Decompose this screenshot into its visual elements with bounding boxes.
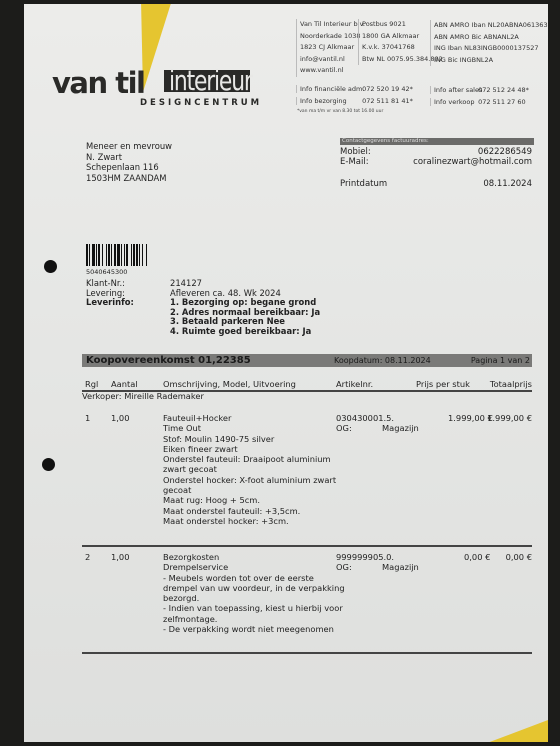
invoice-paper: van til interieur DESIGNCENTRUM Van Til … [24,4,548,742]
brand-wedge-bottom [24,4,548,742]
